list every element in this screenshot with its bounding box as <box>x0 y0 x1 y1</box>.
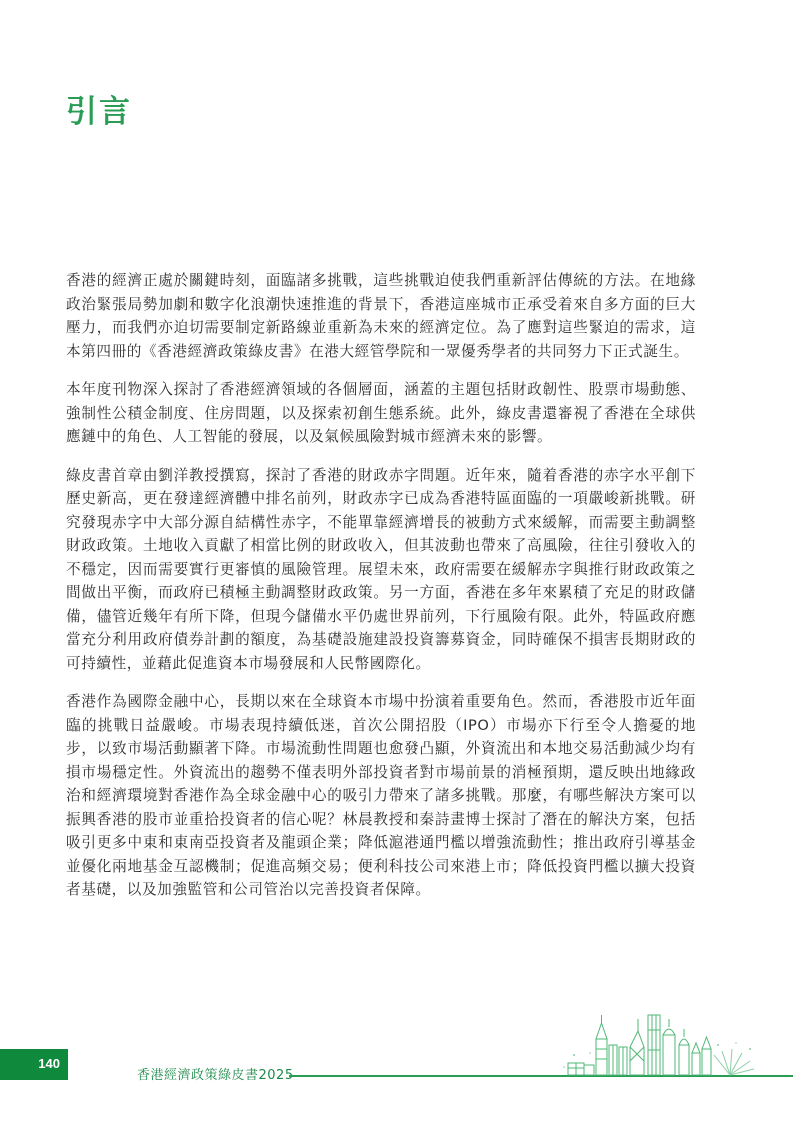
body-text: 香港的經濟正處於關鍵時刻，面臨諸多挑戰，這些挑戰迫使我們重新評估傳統的方法。在地… <box>66 269 696 917</box>
page-title: 引言 <box>66 92 132 132</box>
city-skyline-icon <box>560 1005 793 1077</box>
page-number: 140 <box>38 1056 60 1071</box>
paragraph-3: 綠皮書首章由劉洋教授撰寫，探討了香港的財政赤字問題。近年來，隨着香港的赤字水平創… <box>66 464 696 676</box>
page-number-box: 140 <box>0 1049 68 1080</box>
paragraph-1: 香港的經濟正處於關鍵時刻，面臨諸多挑戰，這些挑戰迫使我們重新評估傳統的方法。在地… <box>66 269 696 363</box>
paragraph-2: 本年度刊物深入探討了香港經濟領域的各個層面，涵蓋的主題包括財政韌性、股票市場動態… <box>66 378 696 449</box>
publication-title: 香港經濟政策綠皮書2025 <box>137 1064 294 1083</box>
paragraph-4: 香港作為國際金融中心，長期以來在全球資本市場中扮演着重要角色。然而，香港股市近年… <box>66 690 696 902</box>
